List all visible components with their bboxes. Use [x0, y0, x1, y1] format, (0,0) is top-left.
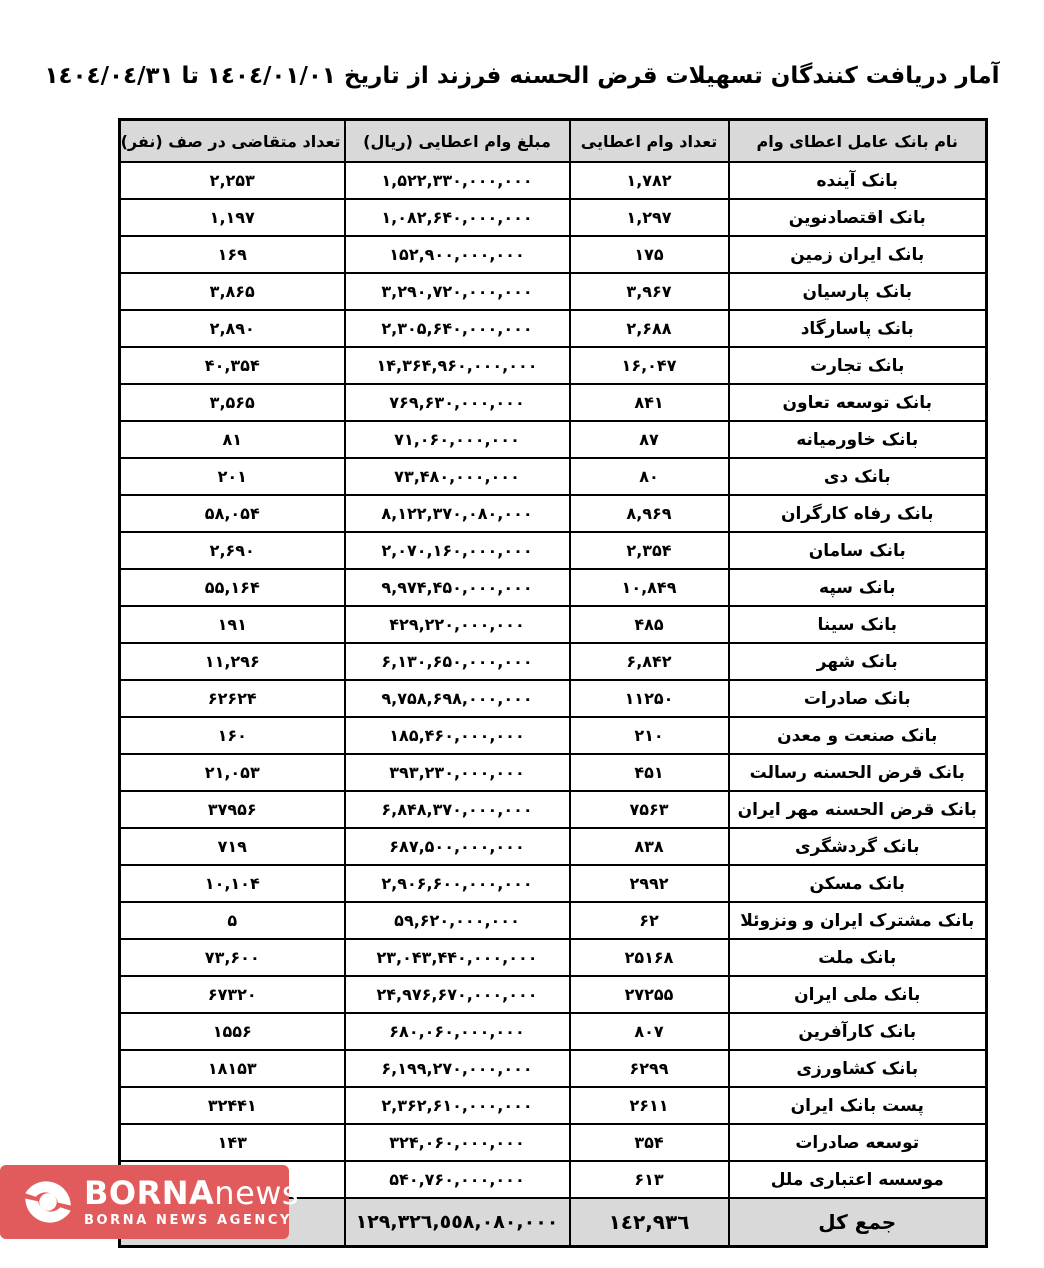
table-row: بانک سینا ۴۸۵ ۴۲۹,۲۲۰,۰۰۰,۰۰۰ ۱۹۱: [120, 606, 987, 643]
loan-amount-cell: ۱۵۲,۹۰۰,۰۰۰,۰۰۰: [345, 236, 570, 273]
table-row: بانک پارسیان ۳,۹۶۷ ۳,۲۹۰,۷۲۰,۰۰۰,۰۰۰ ۳,۸…: [120, 273, 987, 310]
queue-count-cell: ۱۶۰: [120, 717, 345, 754]
bank-name-cell: بانک مشترک ایران و ونزوئلا: [729, 902, 987, 939]
queue-count-cell: ۲,۸۹۰: [120, 310, 345, 347]
table-row: بانک گردشگری ۸۳۸ ۶۸۷,۵۰۰,۰۰۰,۰۰۰ ۷۱۹: [120, 828, 987, 865]
bank-name-cell: بانک شهر: [729, 643, 987, 680]
queue-count-cell: ۳۲۴۴۱: [120, 1087, 345, 1124]
bank-name-cell: بانک ملی ایران: [729, 976, 987, 1013]
table-body: بانک آینده ۱,۷۸۲ ۱,۵۲۲,۳۳۰,۰۰۰,۰۰۰ ۲,۲۵۳…: [120, 162, 987, 1198]
queue-count-cell: ۱۴۳: [120, 1124, 345, 1161]
bank-name-cell: بانک پاسارگاد: [729, 310, 987, 347]
table-row: بانک ملت ۲۵۱۶۸ ۲۳,۰۴۳,۴۴۰,۰۰۰,۰۰۰ ۷۳,۶۰۰: [120, 939, 987, 976]
queue-count-cell: ۱۰,۱۰۴: [120, 865, 345, 902]
queue-count-cell: ۸۱: [120, 421, 345, 458]
table-row: بانک اقتصادنوین ۱,۲۹۷ ۱,۰۸۲,۶۴۰,۰۰۰,۰۰۰ …: [120, 199, 987, 236]
loan-count-cell: ۱۱۲۵۰: [570, 680, 729, 717]
loan-amount-cell: ۲,۳۰۵,۶۴۰,۰۰۰,۰۰۰: [345, 310, 570, 347]
table-row: بانک کارآفرین ۸۰۷ ۶۸۰,۰۶۰,۰۰۰,۰۰۰ ۱۵۵۶: [120, 1013, 987, 1050]
table-row: بانک ملی ایران ۲۷۲۵۵ ۲۴,۹۷۶,۶۷۰,۰۰۰,۰۰۰ …: [120, 976, 987, 1013]
loan-count-cell: ۸,۹۶۹: [570, 495, 729, 532]
loan-count-cell: ۱۰,۸۴۹: [570, 569, 729, 606]
table-row: بانک دی ۸۰ ۷۳,۴۸۰,۰۰۰,۰۰۰ ۲۰۱: [120, 458, 987, 495]
table-row: بانک پاسارگاد ۲,۶۸۸ ۲,۳۰۵,۶۴۰,۰۰۰,۰۰۰ ۲,…: [120, 310, 987, 347]
queue-count-cell: ۶۷۳۲۰: [120, 976, 345, 1013]
table-header-row: نام بانک عامل اعطای وام تعداد وام اعطایی…: [120, 120, 987, 163]
bank-name-cell: بانک ملت: [729, 939, 987, 976]
table-row: بانک صادرات ۱۱۲۵۰ ۹,۷۵۸,۶۹۸,۰۰۰,۰۰۰ ۶۲۶۲…: [120, 680, 987, 717]
loan-amount-cell: ۶۸۰,۰۶۰,۰۰۰,۰۰۰: [345, 1013, 570, 1050]
loan-count-cell: ۸۰: [570, 458, 729, 495]
eye-icon: [20, 1174, 76, 1230]
total-loan-amount-cell: ١٢٩,٣٢٦,٥٥٨,٠٨٠,٠٠٠: [345, 1198, 570, 1247]
bank-name-cell: بانک دی: [729, 458, 987, 495]
bank-name-cell: بانک قرض الحسنه مهر ایران: [729, 791, 987, 828]
table-row: بانک آینده ۱,۷۸۲ ۱,۵۲۲,۳۳۰,۰۰۰,۰۰۰ ۲,۲۵۳: [120, 162, 987, 199]
queue-count-cell: ۵: [120, 902, 345, 939]
brand-tagline: BORNA NEWS AGENCY: [84, 1214, 299, 1227]
loan-amount-cell: ۶,۱۹۹,۲۷۰,۰۰۰,۰۰۰: [345, 1050, 570, 1087]
loan-count-cell: ۸۷: [570, 421, 729, 458]
brand-name: BORNA: [84, 1174, 214, 1212]
bank-name-cell: بانک کارآفرین: [729, 1013, 987, 1050]
loan-amount-cell: ۳,۲۹۰,۷۲۰,۰۰۰,۰۰۰: [345, 273, 570, 310]
loan-amount-cell: ۳۲۴,۰۶۰,۰۰۰,۰۰۰: [345, 1124, 570, 1161]
queue-count-cell: ۱,۱۹۷: [120, 199, 345, 236]
loan-amount-cell: ۹,۹۷۴,۴۵۰,۰۰۰,۰۰۰: [345, 569, 570, 606]
header-bank-name: نام بانک عامل اعطای وام: [729, 120, 987, 163]
loan-count-cell: ۸۴۱: [570, 384, 729, 421]
loan-count-cell: ۲۹۹۲: [570, 865, 729, 902]
loan-count-cell: ۲۷۲۵۵: [570, 976, 729, 1013]
loan-count-cell: ۶۱۳: [570, 1161, 729, 1198]
borna-news-logo: BORNAnews BORNA NEWS AGENCY: [0, 1165, 289, 1239]
bank-name-cell: بانک مسکن: [729, 865, 987, 902]
loan-amount-cell: ۷۱,۰۶۰,۰۰۰,۰۰۰: [345, 421, 570, 458]
loan-amount-cell: ۴۲۹,۲۲۰,۰۰۰,۰۰۰: [345, 606, 570, 643]
table-row: پست بانک ایران ۲۶۱۱ ۲,۳۶۲,۶۱۰,۰۰۰,۰۰۰ ۳۲…: [120, 1087, 987, 1124]
bank-name-cell: بانک سپه: [729, 569, 987, 606]
table-row: بانک صنعت و معدن ۲۱۰ ۱۸۵,۴۶۰,۰۰۰,۰۰۰ ۱۶۰: [120, 717, 987, 754]
bank-name-cell: توسعه صادرات: [729, 1124, 987, 1161]
brand-suffix: news: [214, 1174, 299, 1212]
queue-count-cell: ۴۰,۳۵۴: [120, 347, 345, 384]
table-row: بانک کشاورزی ۶۲۹۹ ۶,۱۹۹,۲۷۰,۰۰۰,۰۰۰ ۱۸۱۵…: [120, 1050, 987, 1087]
queue-count-cell: ۷۱۹: [120, 828, 345, 865]
loan-count-cell: ۱۷۵: [570, 236, 729, 273]
loan-count-cell: ۸۳۸: [570, 828, 729, 865]
bank-name-cell: بانک سامان: [729, 532, 987, 569]
bank-name-cell: بانک صنعت و معدن: [729, 717, 987, 754]
table-row: بانک مشترک ایران و ونزوئلا ۶۲ ۵۹,۶۲۰,۰۰۰…: [120, 902, 987, 939]
bank-name-cell: بانک آینده: [729, 162, 987, 199]
table-row: بانک قرض الحسنه مهر ایران ۷۵۶۳ ۶,۸۴۸,۳۷۰…: [120, 791, 987, 828]
loan-count-cell: ۲۱۰: [570, 717, 729, 754]
loan-amount-cell: ۵۹,۶۲۰,۰۰۰,۰۰۰: [345, 902, 570, 939]
loan-count-cell: ۱۶,۰۴۷: [570, 347, 729, 384]
loan-amount-cell: ۶,۸۴۸,۳۷۰,۰۰۰,۰۰۰: [345, 791, 570, 828]
bank-name-cell: موسسه اعتباری ملل: [729, 1161, 987, 1198]
loan-count-cell: ۶۲۹۹: [570, 1050, 729, 1087]
loan-amount-cell: ۲,۳۶۲,۶۱۰,۰۰۰,۰۰۰: [345, 1087, 570, 1124]
table-row: بانک سپه ۱۰,۸۴۹ ۹,۹۷۴,۴۵۰,۰۰۰,۰۰۰ ۵۵,۱۶۴: [120, 569, 987, 606]
loan-count-cell: ۳۵۴: [570, 1124, 729, 1161]
loan-count-cell: ۶,۸۴۲: [570, 643, 729, 680]
table-row: بانک خاورمیانه ۸۷ ۷۱,۰۶۰,۰۰۰,۰۰۰ ۸۱: [120, 421, 987, 458]
queue-count-cell: ۲,۶۹۰: [120, 532, 345, 569]
loan-count-cell: ۸۰۷: [570, 1013, 729, 1050]
bank-name-cell: بانک توسعه تعاون: [729, 384, 987, 421]
loan-amount-cell: ۷۳,۴۸۰,۰۰۰,۰۰۰: [345, 458, 570, 495]
bank-name-cell: بانک سینا: [729, 606, 987, 643]
loan-amount-cell: ۱۴,۳۶۴,۹۶۰,۰۰۰,۰۰۰: [345, 347, 570, 384]
bank-name-cell: بانک ایران زمین: [729, 236, 987, 273]
loan-amount-cell: ۱,۰۸۲,۶۴۰,۰۰۰,۰۰۰: [345, 199, 570, 236]
loan-amount-cell: ۹,۷۵۸,۶۹۸,۰۰۰,۰۰۰: [345, 680, 570, 717]
table-row: بانک قرض الحسنه رسالت ۴۵۱ ۳۹۳,۲۳۰,۰۰۰,۰۰…: [120, 754, 987, 791]
loan-amount-cell: ۲,۰۷۰,۱۶۰,۰۰۰,۰۰۰: [345, 532, 570, 569]
bank-name-cell: بانک اقتصادنوین: [729, 199, 987, 236]
table-row: بانک سامان ۲,۳۵۴ ۲,۰۷۰,۱۶۰,۰۰۰,۰۰۰ ۲,۶۹۰: [120, 532, 987, 569]
loan-count-cell: ۳,۹۶۷: [570, 273, 729, 310]
loan-count-cell: ۲۶۱۱: [570, 1087, 729, 1124]
loan-amount-cell: ۲۴,۹۷۶,۶۷۰,۰۰۰,۰۰۰: [345, 976, 570, 1013]
total-label-cell: جمع کل: [729, 1198, 987, 1247]
bank-name-cell: بانک تجارت: [729, 347, 987, 384]
loan-count-cell: ۱,۲۹۷: [570, 199, 729, 236]
queue-count-cell: ۳,۵۶۵: [120, 384, 345, 421]
queue-count-cell: ۳۷۹۵۶: [120, 791, 345, 828]
table-row: بانک شهر ۶,۸۴۲ ۶,۱۳۰,۶۵۰,۰۰۰,۰۰۰ ۱۱,۲۹۶: [120, 643, 987, 680]
loan-count-cell: ۴۸۵: [570, 606, 729, 643]
queue-count-cell: ۲۱,۰۵۳: [120, 754, 345, 791]
loan-statistics-table: نام بانک عامل اعطای وام تعداد وام اعطایی…: [118, 118, 988, 1248]
queue-count-cell: ۱۹۱: [120, 606, 345, 643]
bank-name-cell: پست بانک ایران: [729, 1087, 987, 1124]
queue-count-cell: ۱۶۹: [120, 236, 345, 273]
queue-count-cell: ۵۸,۰۵۴: [120, 495, 345, 532]
header-loan-amount: مبلغ وام اعطایی (ریال): [345, 120, 570, 163]
queue-count-cell: ۲۰۱: [120, 458, 345, 495]
queue-count-cell: ۲,۲۵۳: [120, 162, 345, 199]
header-loan-count: تعداد وام اعطایی: [570, 120, 729, 163]
header-queue-count: تعداد متقاضی در صف (نفر): [120, 120, 345, 163]
bank-name-cell: بانک گردشگری: [729, 828, 987, 865]
loan-count-cell: ۱,۷۸۲: [570, 162, 729, 199]
loan-amount-cell: ۶,۱۳۰,۶۵۰,۰۰۰,۰۰۰: [345, 643, 570, 680]
loan-count-cell: ۶۲: [570, 902, 729, 939]
loan-amount-cell: ۱۸۵,۴۶۰,۰۰۰,۰۰۰: [345, 717, 570, 754]
bank-name-cell: بانک صادرات: [729, 680, 987, 717]
loan-amount-cell: ۵۴۰,۷۶۰,۰۰۰,۰۰۰: [345, 1161, 570, 1198]
queue-count-cell: ۶۲۶۲۴: [120, 680, 345, 717]
loan-amount-cell: ۶۸۷,۵۰۰,۰۰۰,۰۰۰: [345, 828, 570, 865]
total-loan-count-cell: ١٤٢,٩٣٦: [570, 1198, 729, 1247]
queue-count-cell: ۷۳,۶۰۰: [120, 939, 345, 976]
loan-count-cell: ۲,۶۸۸: [570, 310, 729, 347]
page-title: آمار دریافت کنندگان تسهیلات قرض الحسنه ف…: [0, 63, 1044, 89]
table-row: بانک مسکن ۲۹۹۲ ۲,۹۰۶,۶۰۰,۰۰۰,۰۰۰ ۱۰,۱۰۴: [120, 865, 987, 902]
queue-count-cell: ۳,۸۶۵: [120, 273, 345, 310]
queue-count-cell: ۱۸۱۵۳: [120, 1050, 345, 1087]
bank-name-cell: بانک کشاورزی: [729, 1050, 987, 1087]
bank-name-cell: بانک رفاه کارگران: [729, 495, 987, 532]
loan-amount-cell: ۲,۹۰۶,۶۰۰,۰۰۰,۰۰۰: [345, 865, 570, 902]
bank-name-cell: بانک پارسیان: [729, 273, 987, 310]
queue-count-cell: ۵۵,۱۶۴: [120, 569, 345, 606]
table-row: بانک رفاه کارگران ۸,۹۶۹ ۸,۱۲۲,۳۷۰,۰۸۰,۰۰…: [120, 495, 987, 532]
loan-amount-cell: ۱,۵۲۲,۳۳۰,۰۰۰,۰۰۰: [345, 162, 570, 199]
loan-count-cell: ۷۵۶۳: [570, 791, 729, 828]
queue-count-cell: ۱۱,۲۹۶: [120, 643, 345, 680]
loan-amount-cell: ۳۹۳,۲۳۰,۰۰۰,۰۰۰: [345, 754, 570, 791]
loan-amount-cell: ۸,۱۲۲,۳۷۰,۰۸۰,۰۰۰: [345, 495, 570, 532]
borna-wordmark: BORNAnews BORNA NEWS AGENCY: [84, 1177, 299, 1227]
loan-count-cell: ۴۵۱: [570, 754, 729, 791]
table-row: توسعه صادرات ۳۵۴ ۳۲۴,۰۶۰,۰۰۰,۰۰۰ ۱۴۳: [120, 1124, 987, 1161]
table-row: بانک تجارت ۱۶,۰۴۷ ۱۴,۳۶۴,۹۶۰,۰۰۰,۰۰۰ ۴۰,…: [120, 347, 987, 384]
loan-amount-cell: ۲۳,۰۴۳,۴۴۰,۰۰۰,۰۰۰: [345, 939, 570, 976]
bank-name-cell: بانک قرض الحسنه رسالت: [729, 754, 987, 791]
loan-count-cell: ۲,۳۵۴: [570, 532, 729, 569]
loan-count-cell: ۲۵۱۶۸: [570, 939, 729, 976]
queue-count-cell: ۱۵۵۶: [120, 1013, 345, 1050]
table-row: بانک ایران زمین ۱۷۵ ۱۵۲,۹۰۰,۰۰۰,۰۰۰ ۱۶۹: [120, 236, 987, 273]
loan-amount-cell: ۷۶۹,۶۳۰,۰۰۰,۰۰۰: [345, 384, 570, 421]
table-row: بانک توسعه تعاون ۸۴۱ ۷۶۹,۶۳۰,۰۰۰,۰۰۰ ۳,۵…: [120, 384, 987, 421]
bank-name-cell: بانک خاورمیانه: [729, 421, 987, 458]
